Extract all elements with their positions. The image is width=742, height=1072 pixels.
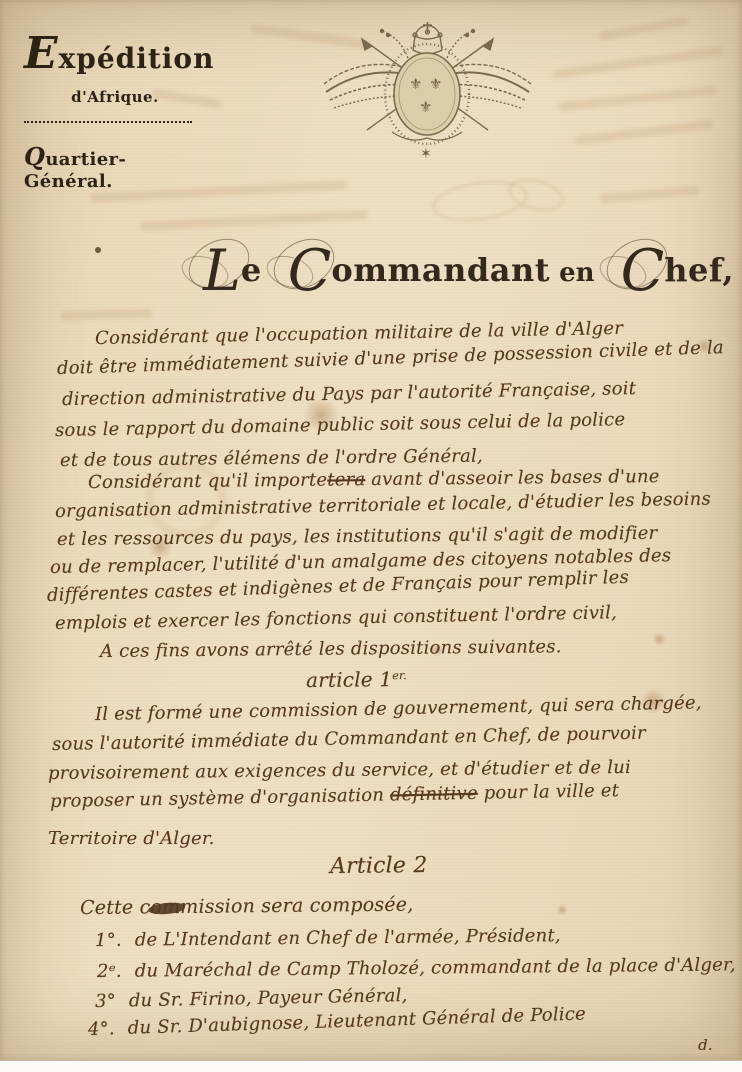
article-1-heading: article 1er. bbox=[306, 667, 407, 692]
struck-text: définitive bbox=[390, 783, 478, 806]
letterhead-quartier-general: Quartier-Général. bbox=[24, 142, 206, 192]
fleur-de-lis-icon: ⚜ bbox=[429, 75, 442, 93]
title-initial-L: L bbox=[203, 233, 241, 309]
item-number: 4°. bbox=[88, 1018, 115, 1040]
title-word: ommandant bbox=[331, 251, 550, 289]
crown-icon bbox=[413, 22, 442, 54]
item-number: 1°. bbox=[95, 930, 122, 951]
letterhead-dotted-rule bbox=[24, 121, 192, 123]
body-text: avant d'asseoir les bases d'une bbox=[365, 466, 660, 490]
scanned-document-page: Expédition d'Afrique. Quartier-Général. bbox=[0, 0, 742, 1072]
title-word: hef, bbox=[664, 251, 734, 289]
shield bbox=[394, 53, 460, 135]
stain bbox=[652, 632, 666, 646]
item-number: 2ᵉ. bbox=[97, 961, 122, 982]
stain bbox=[556, 904, 568, 916]
title-word-en: en bbox=[559, 258, 594, 288]
letterhead-expedition: Expédition bbox=[24, 28, 206, 79]
pennant-icon bbox=[362, 39, 372, 50]
letterhead: Expédition d'Afrique. Quartier-Général. bbox=[24, 28, 206, 192]
heading-superscript: er. bbox=[392, 669, 407, 682]
scan-edge bbox=[0, 1060, 742, 1072]
item-text: de L'Intendant en Chef de l'armée, Prési… bbox=[135, 925, 561, 950]
letterhead-afrique: d'Afrique. bbox=[24, 88, 206, 106]
royal-coat-of-arms: ⚜ ⚜ ⚜ ✶ bbox=[320, 12, 535, 160]
title-word bbox=[550, 258, 559, 288]
order-star-icon: ✶ bbox=[420, 146, 432, 160]
catchword: d. bbox=[698, 1036, 713, 1054]
struck-text: tera bbox=[327, 469, 365, 490]
pennant-icon bbox=[483, 39, 493, 50]
heading-text: article 1 bbox=[306, 667, 392, 692]
body-text: Considérant qu'il importe bbox=[88, 469, 327, 493]
composition-intro: Cette commission sera composée, bbox=[80, 894, 414, 919]
title-initial-C: C bbox=[288, 233, 332, 309]
title-initial-C2: C bbox=[621, 233, 665, 309]
body-text: pour la ville et bbox=[478, 780, 620, 804]
item-number: 3° bbox=[95, 991, 116, 1012]
body-line: et de tous autres élémens de l'ordre Gén… bbox=[60, 446, 483, 471]
fleur-de-lis-icon: ⚜ bbox=[409, 75, 422, 93]
body-line: Territoire d'Alger. bbox=[48, 828, 215, 849]
fleur-de-lis-icon: ⚜ bbox=[419, 98, 432, 116]
article-2-heading: Article 2 bbox=[330, 853, 428, 879]
document-title: LeCommandant enChef, bbox=[203, 232, 734, 314]
ink-speck bbox=[95, 247, 101, 253]
